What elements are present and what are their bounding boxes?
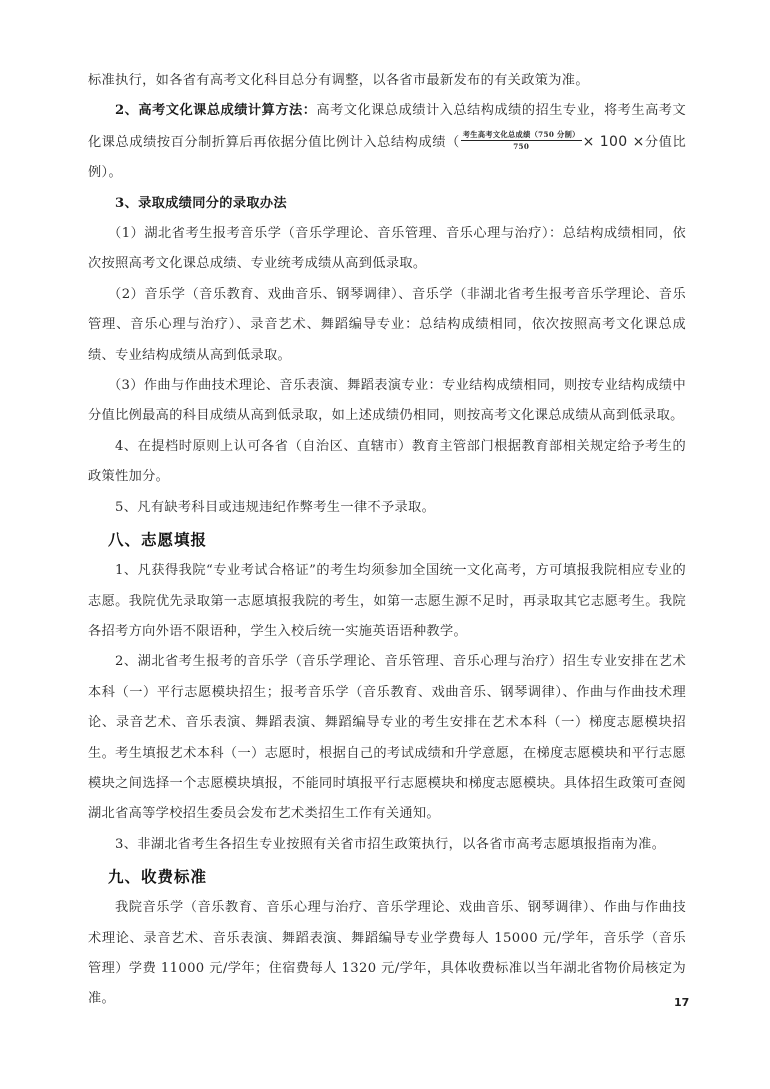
- section-heading-fees: 九、收费标准: [88, 860, 686, 893]
- application-paragraph-1: 1、凡获得我院“专业考试合格证”的考生均须参加全国统一文化高考，方可填报我院相应…: [88, 556, 686, 647]
- page-number: 17: [674, 996, 689, 1009]
- formula-numerator: 考生高考文化总成绩（750 分制）: [461, 130, 582, 141]
- formula-multiplier: × 100 ×: [583, 134, 645, 150]
- tie-rule-3: （3）作曲与作曲技术理论、音乐表演、舞蹈表演专业：专业结构成绩相同，则按专业结构…: [88, 371, 686, 432]
- application-paragraph-3: 3、非湖北省考生各招生专业按照有关省市招生政策执行，以各省市高考志愿填报指南为准…: [88, 830, 686, 860]
- fees-paragraph: 我院音乐学（音乐教育、音乐心理与治疗、音乐学理论、戏曲音乐、钢琴调律）、作曲与作…: [88, 893, 686, 1015]
- tie-rule-title: 3、录取成绩同分的录取办法: [88, 189, 686, 219]
- policy-bonus-paragraph: 4、在提档时原则上认可各省（自治区、直辖市）教育主管部门根据教育部相关规定给予考…: [88, 432, 686, 493]
- tie-rule-2: （2）音乐学（音乐教育、戏曲音乐、钢琴调律）、音乐学（非湖北省考生报考音乐学理论…: [88, 280, 686, 371]
- formula-denominator: 750: [513, 141, 529, 151]
- continuation-paragraph: 标准执行，如各省有高考文化科目总分有调整，以各省市最新发布的有关政策为准。: [88, 66, 686, 96]
- score-calculation-paragraph: 2、高考文化课总成绩计算方法：高考文化课总成绩计入总结构成绩的招生专业，将考生高…: [88, 96, 686, 188]
- document-page: 标准执行，如各省有高考文化科目总分有调整，以各省市最新发布的有关政策为准。 2、…: [88, 66, 686, 1015]
- section-heading-application: 八、志愿填报: [88, 523, 686, 556]
- score-formula-fraction: 考生高考文化总成绩（750 分制）750: [461, 130, 582, 151]
- application-paragraph-2: 2、湖北省考生报考的音乐学（音乐学理论、音乐管理、音乐心理与治疗）招生专业安排在…: [88, 647, 686, 829]
- disqualification-paragraph: 5、凡有缺考科目或违规违纪作弊考生一律不予录取。: [88, 493, 686, 523]
- score-calculation-title: 2、高考文化课总成绩计算方法：: [115, 103, 316, 118]
- tie-rule-1: （1）湖北省考生报考音乐学（音乐学理论、音乐管理、音乐心理与治疗）：总结构成绩相…: [88, 219, 686, 280]
